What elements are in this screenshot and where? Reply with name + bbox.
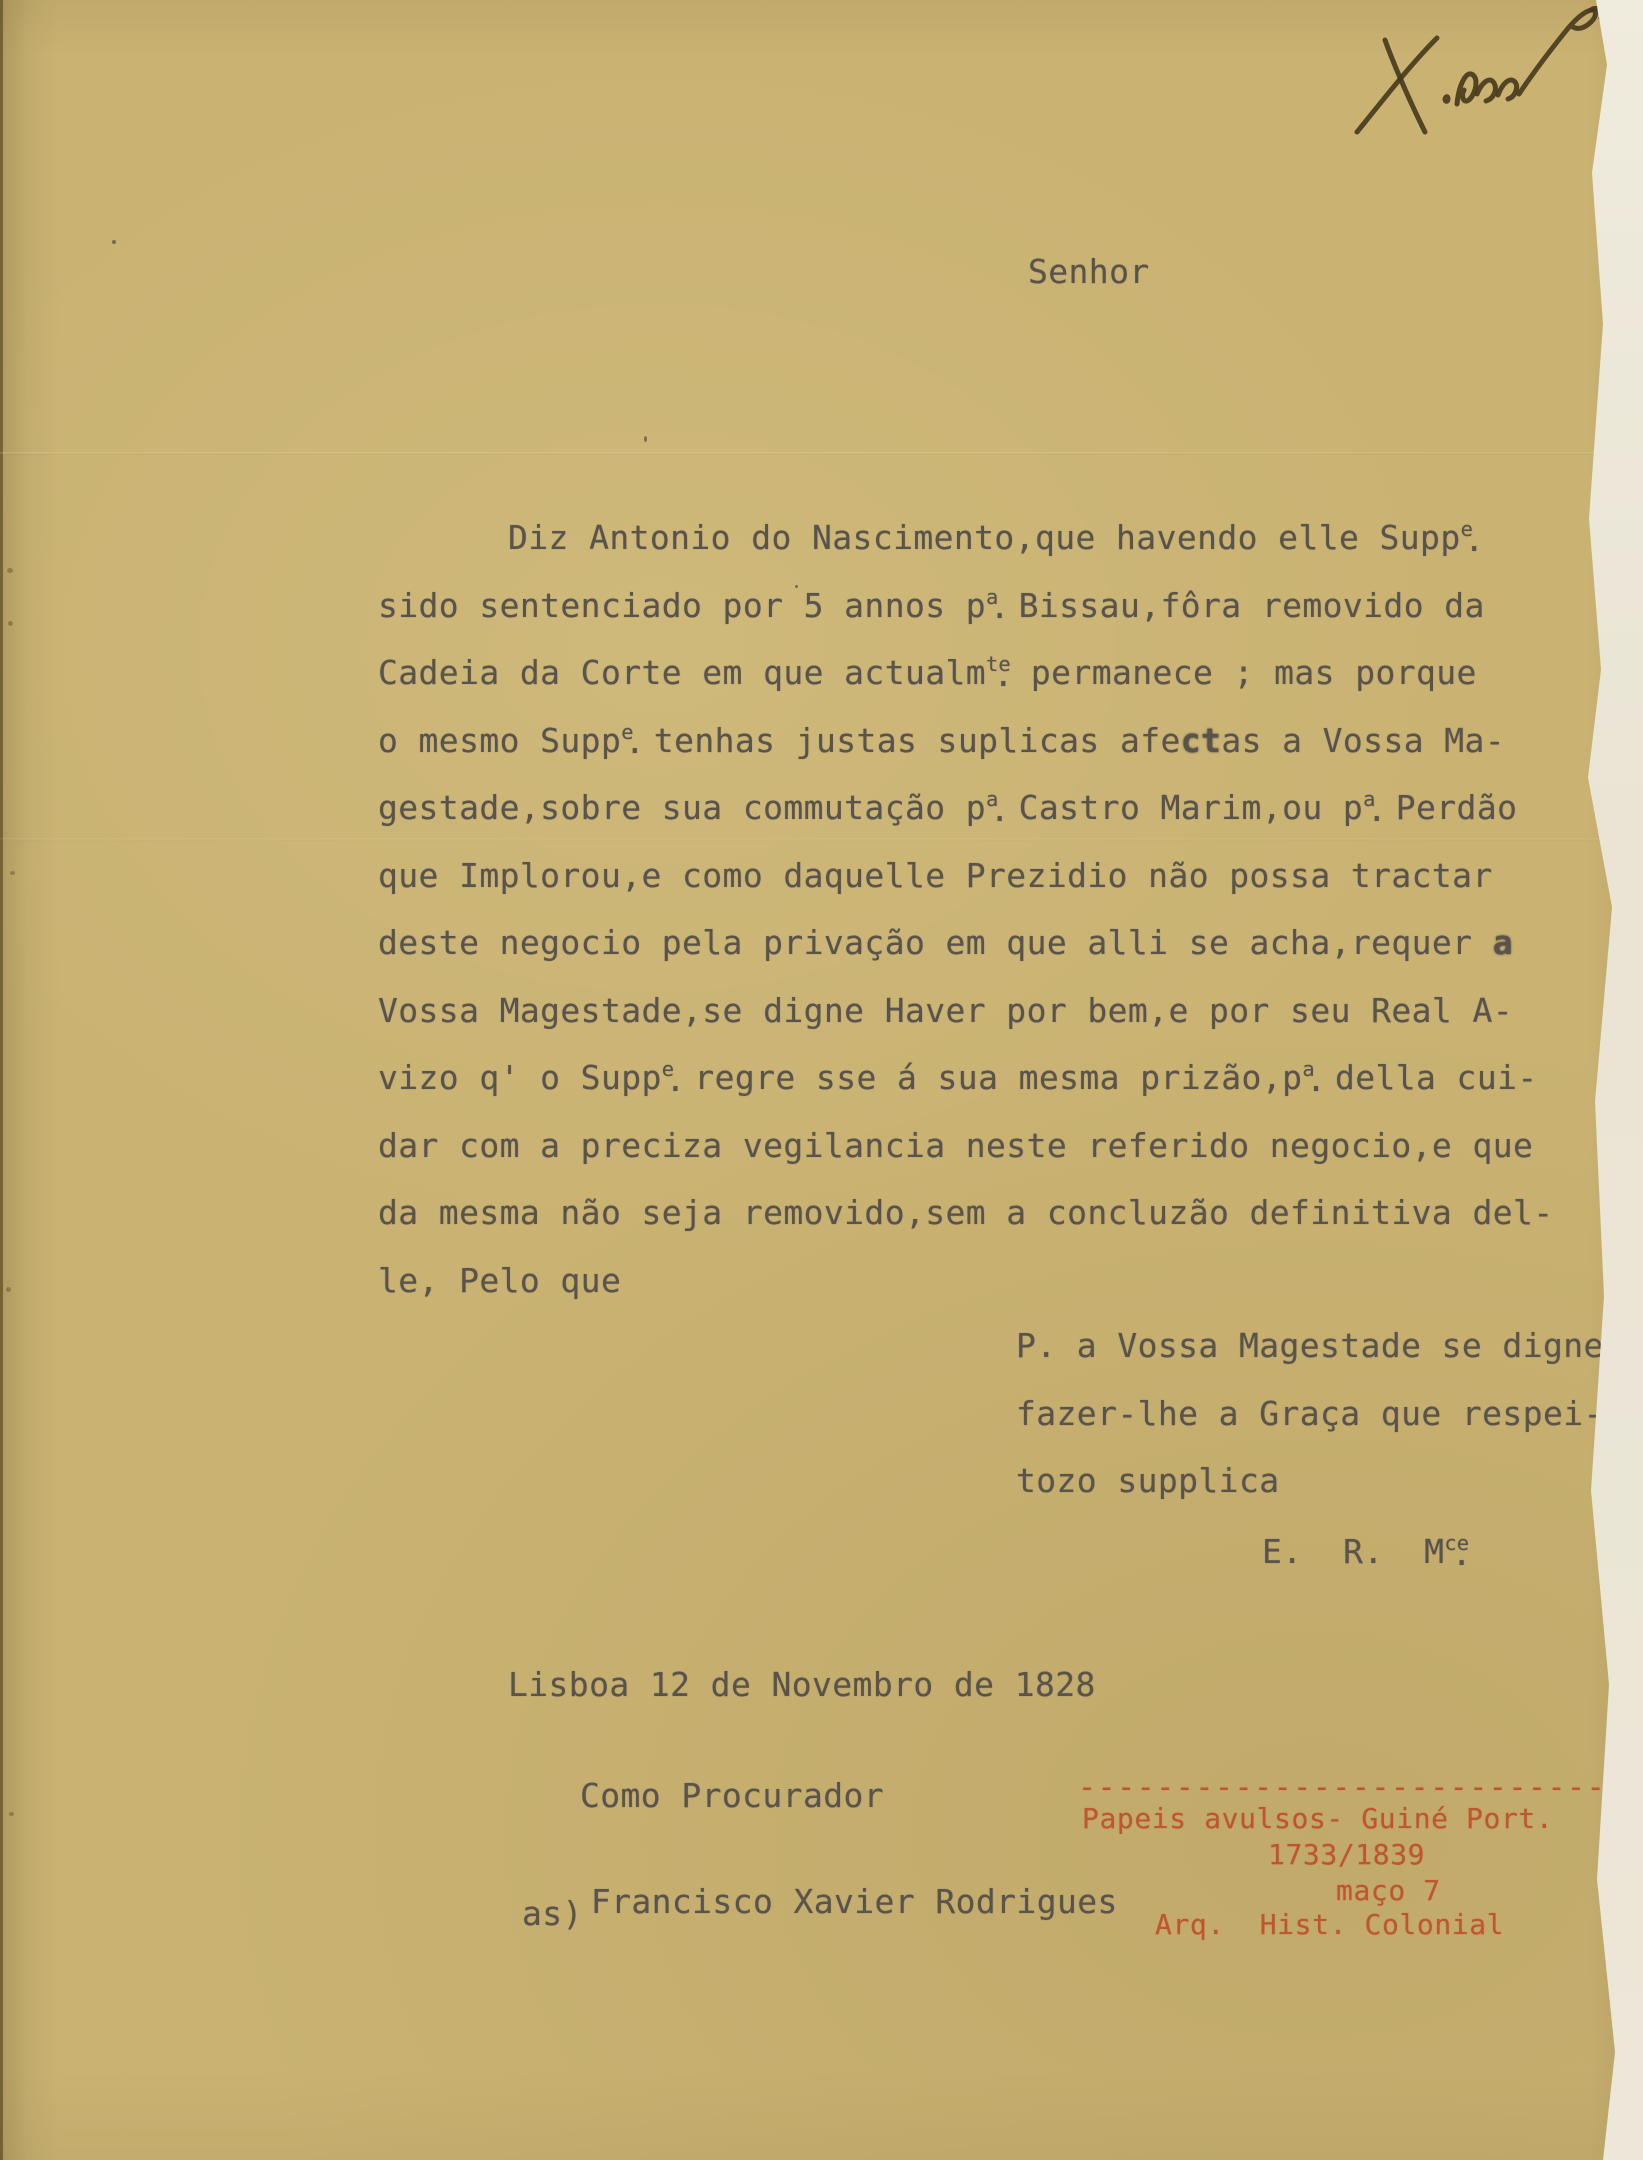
paper-speck (112, 240, 116, 244)
place-date-line: Lisboa 12 de Novembro de 1828 (508, 1666, 1118, 1703)
petition-clause: P. a Vossa Magestade se dignefazer-lhe a… (1016, 1326, 1604, 1529)
stamp-date-range: 1733/1839 (1268, 1838, 1425, 1871)
stamp-archive-name: Arq. Hist. Colonial (1155, 1908, 1504, 1941)
paper-left-edge (0, 0, 3, 2160)
binding-hole (6, 1287, 11, 1292)
binding-hole (8, 621, 13, 626)
letter-body: Diz Antonio do Nascimento,que havendo el… (378, 518, 1554, 1328)
closing-formula: E. R. Mce. (1262, 1532, 1469, 1571)
procurator-line: Como Procurador (580, 1777, 1118, 1814)
signatory-name: Francisco Xavier Rodrigues (591, 1882, 1118, 1921)
paper-sheet: Senhor Diz Antonio do Nascimento,que hav… (0, 0, 1643, 2160)
stamp-divider: ------------------------------- (1078, 1770, 1643, 1805)
binding-hole (7, 568, 13, 573)
scanned-document: Senhor Diz Antonio do Nascimento,que hav… (0, 0, 1643, 2160)
paper-crease (0, 452, 1643, 455)
stamp-collection-line: Papeis avulsos- Guiné Port. (1082, 1802, 1553, 1835)
signed-line: as)Francisco Xavier Rodrigues (522, 1888, 1118, 1925)
paper-speck (644, 436, 647, 442)
binding-hole (9, 1812, 14, 1816)
salutation: Senhor (1028, 252, 1150, 291)
signed-abbreviation: as) (522, 1894, 583, 1933)
binding-hole (10, 871, 15, 875)
signature-block: Lisboa 12 de Novembro de 1828 Como Procu… (508, 1592, 1118, 1999)
handwritten-annotation (1335, 6, 1640, 146)
stamp-bundle-number: maço 7 (1336, 1874, 1441, 1907)
